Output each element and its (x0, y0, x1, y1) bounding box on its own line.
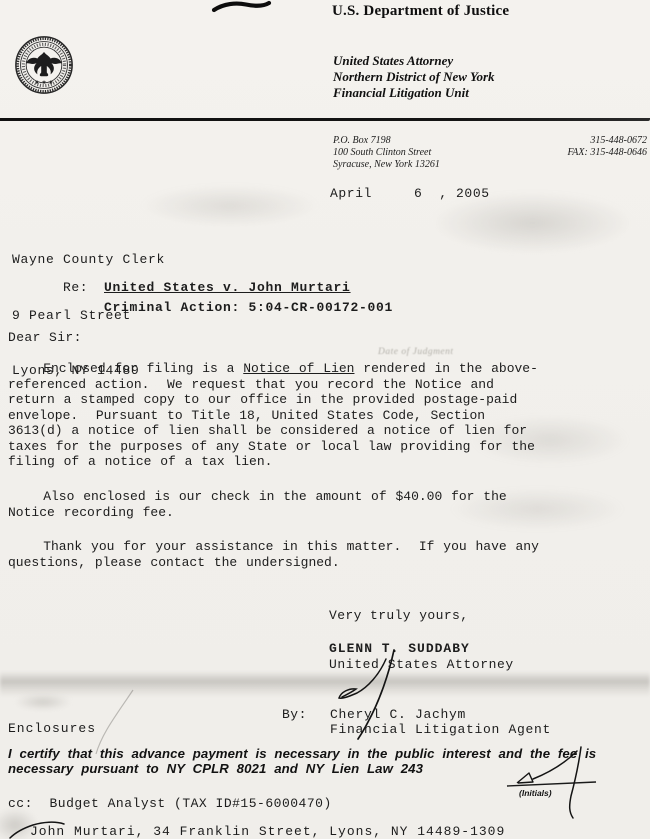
phone-block: 315-448-0672 FAX: 315-448-0646 (567, 135, 647, 159)
office-line: United States Attorney (333, 53, 495, 69)
body-paragraph-3: Thank you for your assistance in this ma… (8, 539, 539, 570)
by-label: By: (282, 707, 307, 722)
agent-title: Financial Litigation Agent (330, 722, 551, 737)
case-number: Criminal Action: 5:04-CR-00172-001 (104, 300, 393, 315)
seal-eagle (26, 52, 62, 76)
certification-statement: I certify that this advance payment is n… (8, 747, 644, 776)
notice-of-lien-underlined: Notice of Lien (243, 361, 354, 376)
body-line: Also enclosed is our check in the amount… (8, 489, 507, 505)
signer-title: United States Attorney (329, 657, 514, 672)
scan-smudge (14, 694, 72, 710)
cc-line: cc: Budget Analyst (TAX ID#15-6000470) (8, 796, 332, 811)
signer-name: GLENN T. SUDDABY (329, 641, 470, 656)
fax-number: FAX: 315-448-0646 (567, 147, 647, 159)
return-address-line: Syracuse, New York 13261 (333, 159, 440, 171)
enclosures-note: Enclosures (8, 721, 96, 736)
ghost-bleedthrough-text: Date of Judgment (378, 347, 454, 357)
svg-text:★ ★ ★: ★ ★ ★ (35, 79, 54, 86)
pen-mark (214, 3, 269, 10)
body-paragraph-1: Enclosed for filing is a Notice of Lien … (8, 361, 538, 470)
office-block: United States Attorney Northern District… (333, 53, 495, 101)
agent-name: Cheryl C. Jachym (330, 707, 466, 722)
body-line: taxes for the purposes of any State or l… (8, 439, 538, 455)
cc-recipient-address: John Murtari, 34 Franklin Street, Lyons,… (30, 824, 505, 839)
initials-label: (Initials) (519, 788, 552, 798)
body-line: return a stamped copy to our office in t… (8, 392, 538, 408)
scanned-letter-page: Date of Judgment ★ ★ ★ U.S. Department o… (0, 0, 650, 839)
doj-seal-icon: ★ ★ ★ (14, 35, 74, 95)
pencil-arc (96, 690, 133, 754)
case-title: United States v. John Murtari (104, 280, 351, 295)
body-line: questions, please contact the undersigne… (8, 555, 539, 571)
scan-smudge (430, 192, 635, 254)
body-line: Notice recording fee. (8, 505, 507, 521)
body-paragraph-2: Also enclosed is our check in the amount… (8, 489, 507, 520)
certification-line: necessary pursuant to NY CPLR 8021 and N… (8, 762, 644, 777)
valediction: Very truly yours, (329, 608, 468, 623)
body-text: Enclosed for filing is a (8, 361, 243, 376)
return-address-line: P.O. Box 7198 (333, 135, 440, 147)
scan-smudge (140, 185, 320, 227)
certification-line: I certify that this advance payment is n… (8, 747, 644, 762)
initials-line (507, 782, 596, 786)
return-address-line: 100 South Clinton Street (333, 147, 440, 159)
return-address-block: P.O. Box 7198 100 South Clinton Street S… (333, 135, 440, 171)
body-line: 3613(d) a notice of lien shall be consid… (8, 423, 538, 439)
re-label: Re: (63, 280, 88, 295)
body-line: Enclosed for filing is a Notice of Lien … (8, 361, 538, 377)
date-line: April 6 , 2005 (330, 186, 490, 201)
body-line: referenced action. We request that you r… (8, 377, 538, 393)
phone-number: 315-448-0672 (567, 135, 647, 147)
office-line: Financial Litigation Unit (333, 85, 495, 101)
salutation: Dear Sir: (8, 330, 82, 345)
scan-band (0, 671, 650, 697)
body-line: filing of a notice of a tax lien. (8, 454, 538, 470)
recipient-line: Wayne County Clerk (12, 251, 165, 270)
body-line: envelope. Pursuant to Title 18, United S… (8, 408, 538, 424)
body-text: rendered in the above- (354, 361, 537, 376)
body-line: Thank you for your assistance in this ma… (8, 539, 539, 555)
office-line: Northern District of New York (333, 69, 495, 85)
agency-title: U.S. Department of Justice (332, 2, 509, 20)
letterhead-rule (0, 118, 650, 121)
